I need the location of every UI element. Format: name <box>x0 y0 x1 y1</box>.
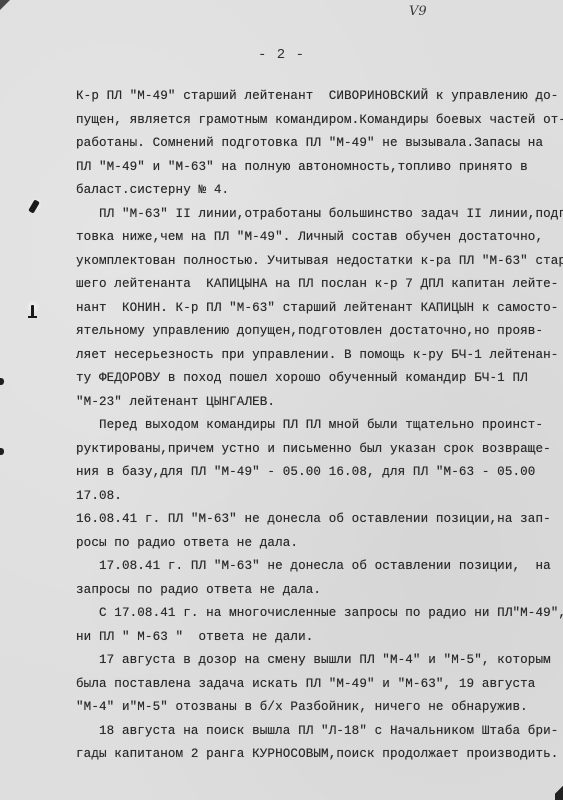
text-line: ни ПЛ " М-63 " ответа не дали. <box>76 626 556 650</box>
text-line: "М-23" лейтенант ЦЫНГАЛЕВ. <box>76 391 556 415</box>
text-line: шего лейтенанта КАПИЦЫНА на ПЛ послан к-… <box>76 273 556 297</box>
typewritten-body: К-р ПЛ "М-49" старший лейтенант СИВОРИНО… <box>76 85 556 767</box>
page-number: - 2 - <box>258 47 305 63</box>
text-line: руктированы,причем устно и письменно был… <box>76 438 556 462</box>
corner-staple-mark <box>0 0 10 10</box>
text-line: товка ниже,чем на ПЛ "М-49". Личный сост… <box>76 226 556 250</box>
text-line: запросы по радио ответа не дала. <box>76 579 556 603</box>
text-line: пущен, является грамотным командиром.Ком… <box>76 109 556 133</box>
edge-mark <box>0 378 4 385</box>
text-line: работаны. Сомнений подготовка ПЛ "М-49" … <box>76 132 556 156</box>
text-line: 17.08.41 г. ПЛ "М-63" не донесла об оста… <box>76 555 556 579</box>
text-line: баласт.систерну № 4. <box>76 179 556 203</box>
text-line: 17 августа в дозор на смену вышли ПЛ "М-… <box>76 649 556 673</box>
text-line: ту ФЕДОРОВУ в поход пошел хорошо обученн… <box>76 367 556 391</box>
text-line: росы по радио ответа не дала. <box>76 532 556 556</box>
text-line: ния в базу,для ПЛ "М-49" - 05.00 16.08, … <box>76 461 556 485</box>
text-line: ПЛ "М-63" II линии,отработаны большинств… <box>76 203 556 227</box>
text-line: "М-4" и"М-5" отозваны в б/х Разбойник, н… <box>76 696 556 720</box>
binding-thread-mark <box>31 305 34 317</box>
text-line: гады капитаном 2 ранга КУРНОСОВЫМ,поиск … <box>76 743 556 767</box>
edge-mark <box>0 448 4 455</box>
text-line: укомплектован полностью. Учитывая недост… <box>76 250 556 274</box>
handwritten-folio-number: V9 <box>409 4 427 19</box>
text-line: 18 августа на поиск вышла ПЛ "Л-18" с На… <box>76 720 556 744</box>
text-line: 16.08.41 г. ПЛ "М-63" не донесла об оста… <box>76 508 556 532</box>
text-line: ПЛ "М-49" и "М-63" на полную автономност… <box>76 156 556 180</box>
text-line: была поставлена задача искать ПЛ "М-49" … <box>76 673 556 697</box>
text-line: нант КОНИН. К-р ПЛ "М-63" старший лейтен… <box>76 297 556 321</box>
text-line: ляет несерьезность при управлении. В пом… <box>76 344 556 368</box>
text-line: ятельному управлению допущен,подготовлен… <box>76 320 556 344</box>
document-page: V9 - 2 - К-р ПЛ "М-49" старший лейтенант… <box>0 0 563 800</box>
corner-edge-mark <box>555 784 563 800</box>
text-line: К-р ПЛ "М-49" старший лейтенант СИВОРИНО… <box>76 85 556 109</box>
text-line: С 17.08.41 г. на многочисленные запросы … <box>76 602 556 626</box>
text-line: Перед выходом командиры ПЛ ПЛ мной были … <box>76 414 556 438</box>
text-line: 17.08. <box>76 485 556 509</box>
